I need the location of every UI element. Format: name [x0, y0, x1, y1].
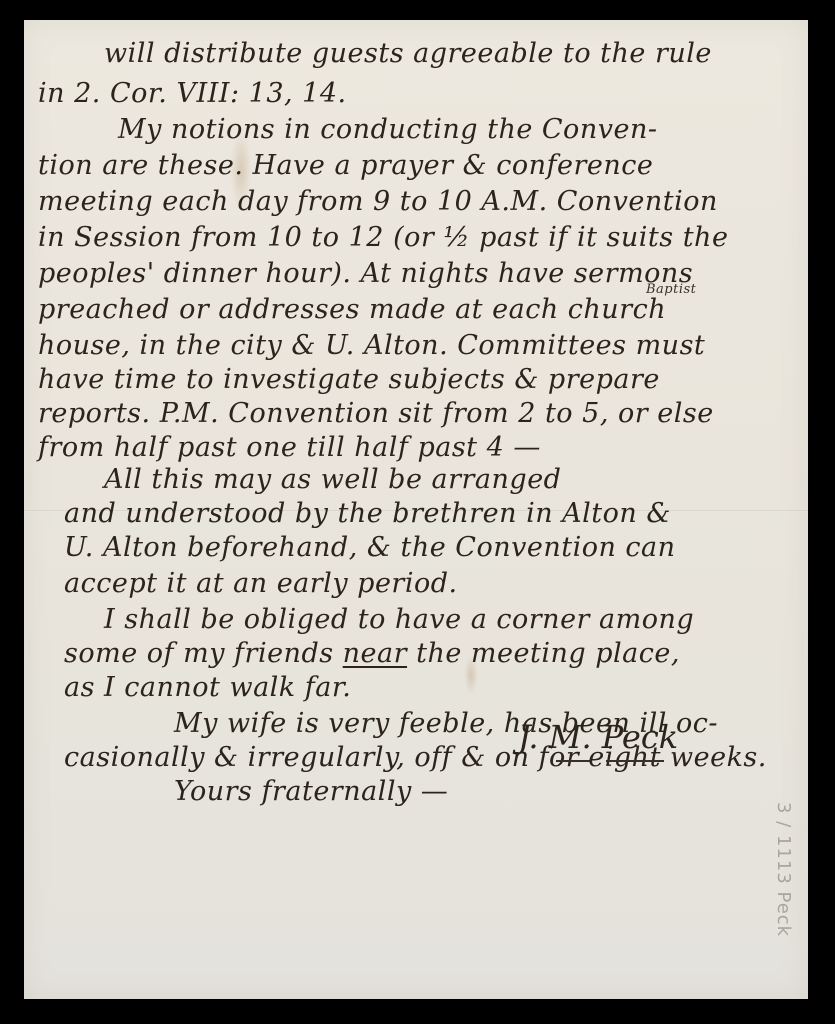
letter-line: accept it at an early period. — [64, 570, 458, 597]
letter-line: house, in the city & U. Alton. Committee… — [38, 332, 705, 359]
letter-line: preached or addresses made at each churc… — [38, 296, 666, 323]
letter-line: I shall be obliged to have a corner amon… — [104, 606, 694, 633]
letter-line: My notions in conducting the Conven- — [118, 116, 657, 143]
signature-underline — [606, 760, 664, 762]
letter-line: from half past one till half past 4 — — [38, 434, 541, 461]
letter-line: have time to investigate subjects & prep… — [38, 366, 660, 393]
letter-line: U. Alton beforehand, & the Convention ca… — [64, 534, 676, 561]
letter-line: will distribute guests agreeable to the … — [104, 40, 712, 67]
letter-closing: Yours fraternally — — [174, 778, 448, 805]
letter-line: in Session from 10 to 12 (or ½ past if i… — [38, 224, 728, 251]
underlined-word: near — [343, 638, 407, 669]
letter-line: meeting each day from 9 to 10 A.M. Conve… — [38, 188, 718, 215]
letter-body: will distribute guests agreeable to the … — [24, 20, 808, 999]
pencil-annotation: 3 / 1113 Peck — [773, 802, 794, 937]
letter-line: and understood by the brethren in Alton … — [64, 500, 671, 527]
letter-line: peoples' dinner hour). At nights have se… — [38, 260, 693, 287]
signature-underline — [556, 760, 590, 762]
signature: J. M. Peck — [518, 718, 678, 756]
letter-line: reports. P.M. Convention sit from 2 to 5… — [38, 400, 714, 427]
letter-line: some of my friends near the meeting plac… — [64, 640, 680, 667]
letter-line: in 2. Cor. VIII: 13, 14. — [38, 80, 347, 107]
letter-line: All this may as well be arranged — [104, 466, 561, 493]
letter-line: tion are these. Have a prayer & conferen… — [38, 152, 653, 179]
letter-page: will distribute guests agreeable to the … — [24, 20, 808, 999]
letter-line: as I cannot walk far. — [64, 674, 351, 701]
